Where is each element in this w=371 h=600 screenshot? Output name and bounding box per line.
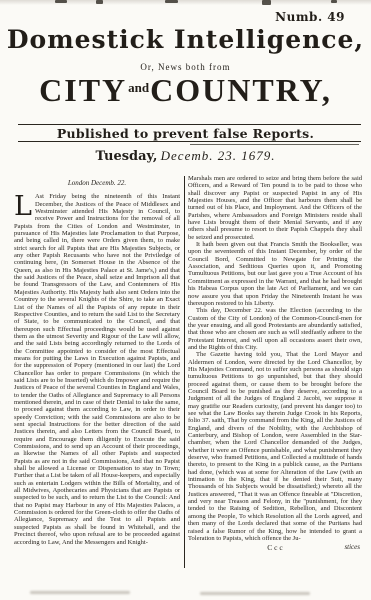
right-column-paragraph: This day, December 22. was the Election … xyxy=(188,307,362,351)
drop-cap: L xyxy=(14,193,35,219)
scan-artifact xyxy=(262,0,271,5)
scan-artifact xyxy=(165,0,178,3)
rule-below-motto-secondary xyxy=(190,144,359,145)
right-column-paragraph: The Gazette having told you, That the Lo… xyxy=(188,351,362,542)
left-column-heading: London Decemb. 22. xyxy=(14,180,180,187)
newspaper-page: Numb. 49 Domestick Intelligence, Or, New… xyxy=(0,0,371,600)
signature-mark: C c c xyxy=(267,543,282,552)
issue-number: Numb. 49 xyxy=(275,10,345,24)
scan-artifact xyxy=(55,0,67,3)
left-column: London Decemb. 22. LAst Friday being the… xyxy=(14,174,180,594)
rule-below-motto xyxy=(18,141,361,142)
masthead-conjunction: and xyxy=(128,80,149,95)
masthead-title: Domestick Intelligence, xyxy=(0,25,371,54)
motto: Published to prevent false Reports. xyxy=(0,126,371,141)
dateline-date: Decemb. 23. 1679. xyxy=(161,148,276,163)
dateline-day: Tuesday, xyxy=(96,149,158,164)
masthead-city: CITY xyxy=(39,72,127,108)
right-column: Marshals men are ordered to seize and br… xyxy=(188,174,362,594)
signature-line: C c c stices xyxy=(188,544,362,553)
rule-above-motto xyxy=(18,124,361,125)
masthead-country: COUNTRY, xyxy=(150,72,332,108)
scan-artifact xyxy=(96,0,103,4)
right-column-paragraph: Marshals men are ordered to seize and br… xyxy=(188,175,362,241)
masthead-city-country: CITYandCOUNTRY, xyxy=(0,72,371,109)
right-column-paragraph: It hath been given out that Francis Smit… xyxy=(188,241,362,307)
catchword: stices xyxy=(344,544,360,551)
body-columns: London Decemb. 22. LAst Friday being the… xyxy=(14,174,362,594)
scan-artifact xyxy=(331,0,337,3)
left-column-paragraph: LAst Friday being the nineteenth of this… xyxy=(14,193,180,546)
dateline: Tuesday, Decemb. 23. 1679. xyxy=(0,148,371,164)
column-divider-rule xyxy=(184,176,185,568)
left-column-text: Ast Friday being the nineteenth of this … xyxy=(14,193,180,545)
masthead-subtitle: Or, News both from xyxy=(0,62,371,72)
